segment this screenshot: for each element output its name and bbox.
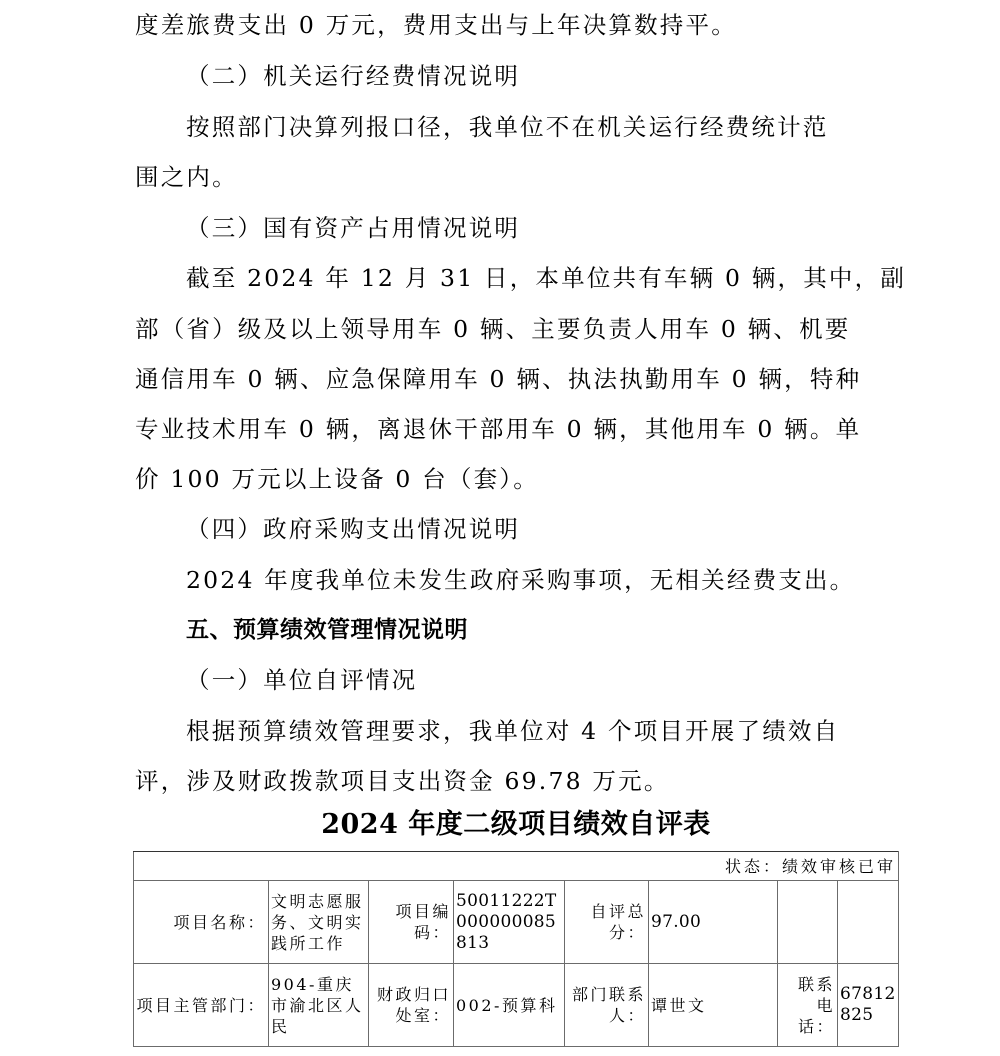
table-row: 项目名称： 文明志愿服务、文明实践所工作 项目编码： 50011222T0000… — [134, 881, 899, 964]
empty-label-cell — [778, 881, 838, 964]
evaluation-table: 状态：绩效审核已审 项目名称： 文明志愿服务、文明实践所工作 项目编码： 500… — [133, 851, 899, 1047]
table-title: 2024 年度二级项目绩效自评表 — [133, 803, 899, 847]
contact-person-value: 谭世文 — [649, 964, 778, 1047]
status-row: 状态：绩效审核已审 — [134, 852, 899, 881]
project-code-value: 50011222T000000085813 — [454, 881, 565, 964]
chapter-heading-5: 五、预算绩效管理情况说明 — [186, 605, 928, 655]
contact-person-label: 部门联系人： — [565, 964, 649, 1047]
empty-value-cell — [838, 881, 899, 964]
section-heading-4: （四）政府采购支出情况说明 — [186, 504, 928, 554]
document-page: 度差旅费支出 0 万元，费用支出与上年决算数持平。 （二）机关运行经费情况说明 … — [0, 0, 1000, 1056]
project-name-label: 项目名称： — [134, 881, 269, 964]
paragraph-line: 围之内。 — [135, 152, 877, 202]
self-score-label: 自评总分： — [565, 881, 649, 964]
phone-value: 67812825 — [838, 964, 899, 1047]
finance-office-value: 002-预算科 — [454, 964, 565, 1047]
section-heading-5-1: （一）单位自评情况 — [186, 655, 928, 705]
finance-office-label: 财政归口处室： — [369, 964, 454, 1047]
paragraph-line: 度差旅费支出 0 万元，费用支出与上年决算数持平。 — [135, 0, 877, 50]
section-heading-2: （二）机关运行经费情况说明 — [186, 51, 928, 101]
project-name-value: 文明志愿服务、文明实践所工作 — [269, 881, 369, 964]
department-value: 904-重庆市渝北区人民 — [269, 964, 369, 1047]
phone-label: 联系电话： — [778, 964, 838, 1047]
self-score-value: 97.00 — [649, 881, 778, 964]
status-text: 状态：绩效审核已审 — [134, 852, 899, 881]
department-label: 项目主管部门： — [134, 964, 269, 1047]
paragraph-line: 专业技术用车 0 辆，离退休干部用车 0 辆，其他用车 0 辆。单 — [135, 404, 877, 454]
paragraph-line: 通信用车 0 辆、应急保障用车 0 辆、执法执勤用车 0 辆，特种 — [135, 354, 877, 404]
paragraph-line: 评，涉及财政拨款项目支出资金 69.78 万元。 — [135, 756, 877, 806]
project-code-label: 项目编码： — [369, 881, 454, 964]
paragraph-line: 价 100 万元以上设备 0 台（套）。 — [135, 454, 877, 504]
paragraph-line: 按照部门决算列报口径，我单位不在机关运行经费统计范 — [186, 102, 928, 152]
paragraph-line: 根据预算绩效管理要求，我单位对 4 个项目开展了绩效自 — [186, 706, 928, 756]
paragraph-line: 2024 年度我单位未发生政府采购事项，无相关经费支出。 — [186, 555, 928, 605]
section-heading-3: （三）国有资产占用情况说明 — [186, 203, 928, 253]
table-row: 项目主管部门： 904-重庆市渝北区人民 财政归口处室： 002-预算科 部门联… — [134, 964, 899, 1047]
paragraph-line: 部（省）级及以上领导用车 0 辆、主要负责人用车 0 辆、机要 — [135, 304, 877, 354]
paragraph-line: 截至 2024 年 12 月 31 日，本单位共有车辆 0 辆，其中，副 — [186, 253, 928, 303]
